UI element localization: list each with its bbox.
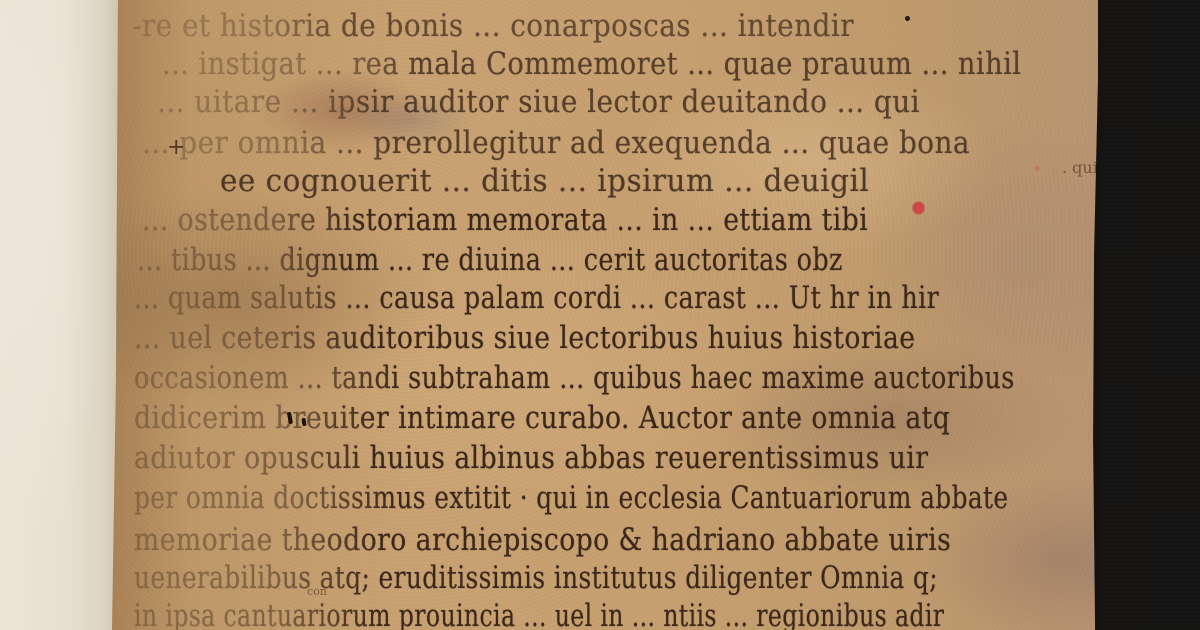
manuscript-line-1: -re et historia de bonis ... conarposcas…	[132, 8, 854, 44]
manuscript-line-16: in ipsa cantuariorum prouincia ... uel i…	[134, 598, 944, 630]
ink-blot	[287, 412, 293, 425]
text-block: -re et historia de bonis ... conarposcas…	[112, 0, 1102, 630]
manuscript-line-4: ... per omnia ... prerollegitur ad exequ…	[142, 125, 970, 161]
manuscript-line-5: ee cognouerit ... ditis ... ipsirum ... …	[220, 163, 869, 199]
manuscript-line-13: per omnia doctissimus extitit · qui in e…	[134, 480, 1008, 516]
manuscript-line-6: ... ostendere historiam memorata ... in …	[142, 202, 868, 238]
interlinear-note: con	[307, 585, 327, 598]
ink-dot	[905, 16, 910, 21]
manuscript-line-2: ... instigat ... rea mala Commemoret ...…	[162, 46, 1021, 82]
manuscript-line-10: occasionem ... tandi subtraham ... quibu…	[134, 360, 1015, 396]
manuscript-line-14: memoriae theodoro archiepiscopo & hadria…	[134, 522, 951, 558]
manuscript-line-9: ... uel ceteris auditoribus siue lectori…	[134, 320, 915, 356]
black-backing	[1098, 0, 1200, 630]
red-pigment-mark	[912, 201, 925, 215]
manuscript-line-3: ... uitare ... ipsir auditor siue lector…	[157, 84, 920, 120]
manuscript-line-15: uenerabilibus atq; eruditissimis institu…	[134, 560, 938, 596]
marginal-cross-icon: +	[167, 135, 185, 160]
ink-blot-small	[301, 418, 306, 427]
margin-note-upper-right: . qui	[1062, 158, 1098, 177]
manuscript-line-7: ... tibus ... dignum ... re diuina ... c…	[137, 242, 843, 278]
red-dot-mark	[1035, 166, 1040, 171]
manuscript-folio: -re et historia de bonis ... conarposcas…	[112, 0, 1102, 630]
manuscript-line-11: didicerim breuiter intimare curabo. Auct…	[134, 400, 950, 436]
manuscript-line-12: adiutor opusculi huius albinus abbas reu…	[134, 440, 928, 476]
facing-page	[0, 0, 118, 630]
manuscript-line-8: ... quam salutis ... causa palam cordi .…	[134, 280, 939, 316]
